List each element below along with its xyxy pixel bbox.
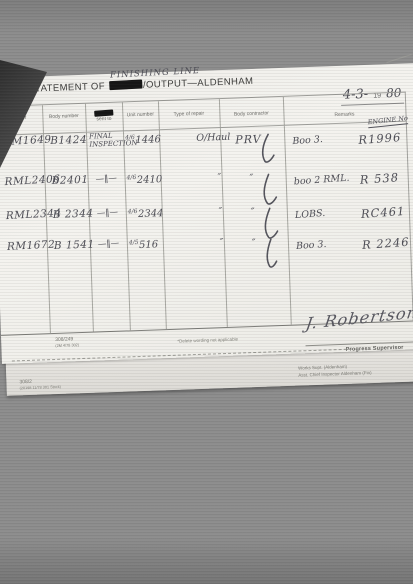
body-number: B2401 [51,174,88,187]
body-number: B1424 [50,134,87,147]
unit-number: 4/61446 [125,133,161,146]
form-code: 308/249 (2M 4/78 302) [55,336,79,348]
col-header-unit-number: Unit number [122,112,158,119]
delete-wording-footnote: *Delete wording not applicable [177,337,238,344]
redaction-mark [109,79,142,90]
fleet-number: RM1672 [7,238,56,253]
col-header-type-of-repair: Type of repair [158,111,219,119]
sent-to-ditto: —‖— [90,207,126,218]
unit-number: 4/62344 [128,207,164,220]
unit-number: 4/5516 [129,238,159,251]
sent-to: FINAL INSPECTION [89,131,126,148]
form-title: STATEMENT OF /OUTPUT—ALDENHAM [28,76,253,95]
form-code-sheet2: 308/2 (20198 11/78 301 Stock) [19,378,61,391]
remark-code: boo 2 RML. [293,173,349,188]
distribution-line-2: Asst. Chief Inspector Aldenham (Fin) [298,370,371,379]
body-contractor-ditto: ″ [249,173,254,184]
unit-number: 4/62410 [126,173,162,186]
col-header-body-number: Body number [42,114,85,121]
pencil-mark [386,54,411,63]
distribution-list: Works Supt. (Aldenham) Asst. Chief Inspe… [298,363,372,379]
tick-mark-icon [254,132,281,167]
statement-form-sheet: FINISHING LINE STATEMENT OF /OUTPUT—ALDE… [0,63,413,364]
remark-code: Boo 3. [296,239,327,252]
col-header-body-contractor: Body contractor [219,111,283,119]
col-header-sent-to: sent to [85,109,122,123]
engine-number: RC461 [360,204,405,221]
type-of-repair-ditto: ″ [219,206,223,217]
sent-to-ditto: —‖— [91,238,127,249]
remark-code: Boo 3. [292,134,323,147]
body-number: B 2344 [53,208,94,221]
body-contractor-ditto: ″ [252,238,257,249]
type-of-repair: O/Haul [196,132,230,144]
engine-number: R 2246 [362,235,410,252]
title-suffix: /OUTPUT—ALDENHAM [143,76,254,91]
type-of-repair-ditto: ″ [217,172,221,183]
scanned-document: Works Supt. (Aldenham) Asst. Chief Inspe… [0,0,413,584]
sent-to-ditto: —‖— [88,173,124,184]
type-of-repair-ditto: ″ [220,237,224,248]
engine-number: R1996 [358,130,402,147]
tick-mark-icon [258,237,285,272]
remark-code: LOBS. [295,208,326,221]
body-contractor-ditto: ″ [251,207,256,218]
engine-number: R 538 [359,170,399,187]
body-number: B 1541 [54,239,95,252]
